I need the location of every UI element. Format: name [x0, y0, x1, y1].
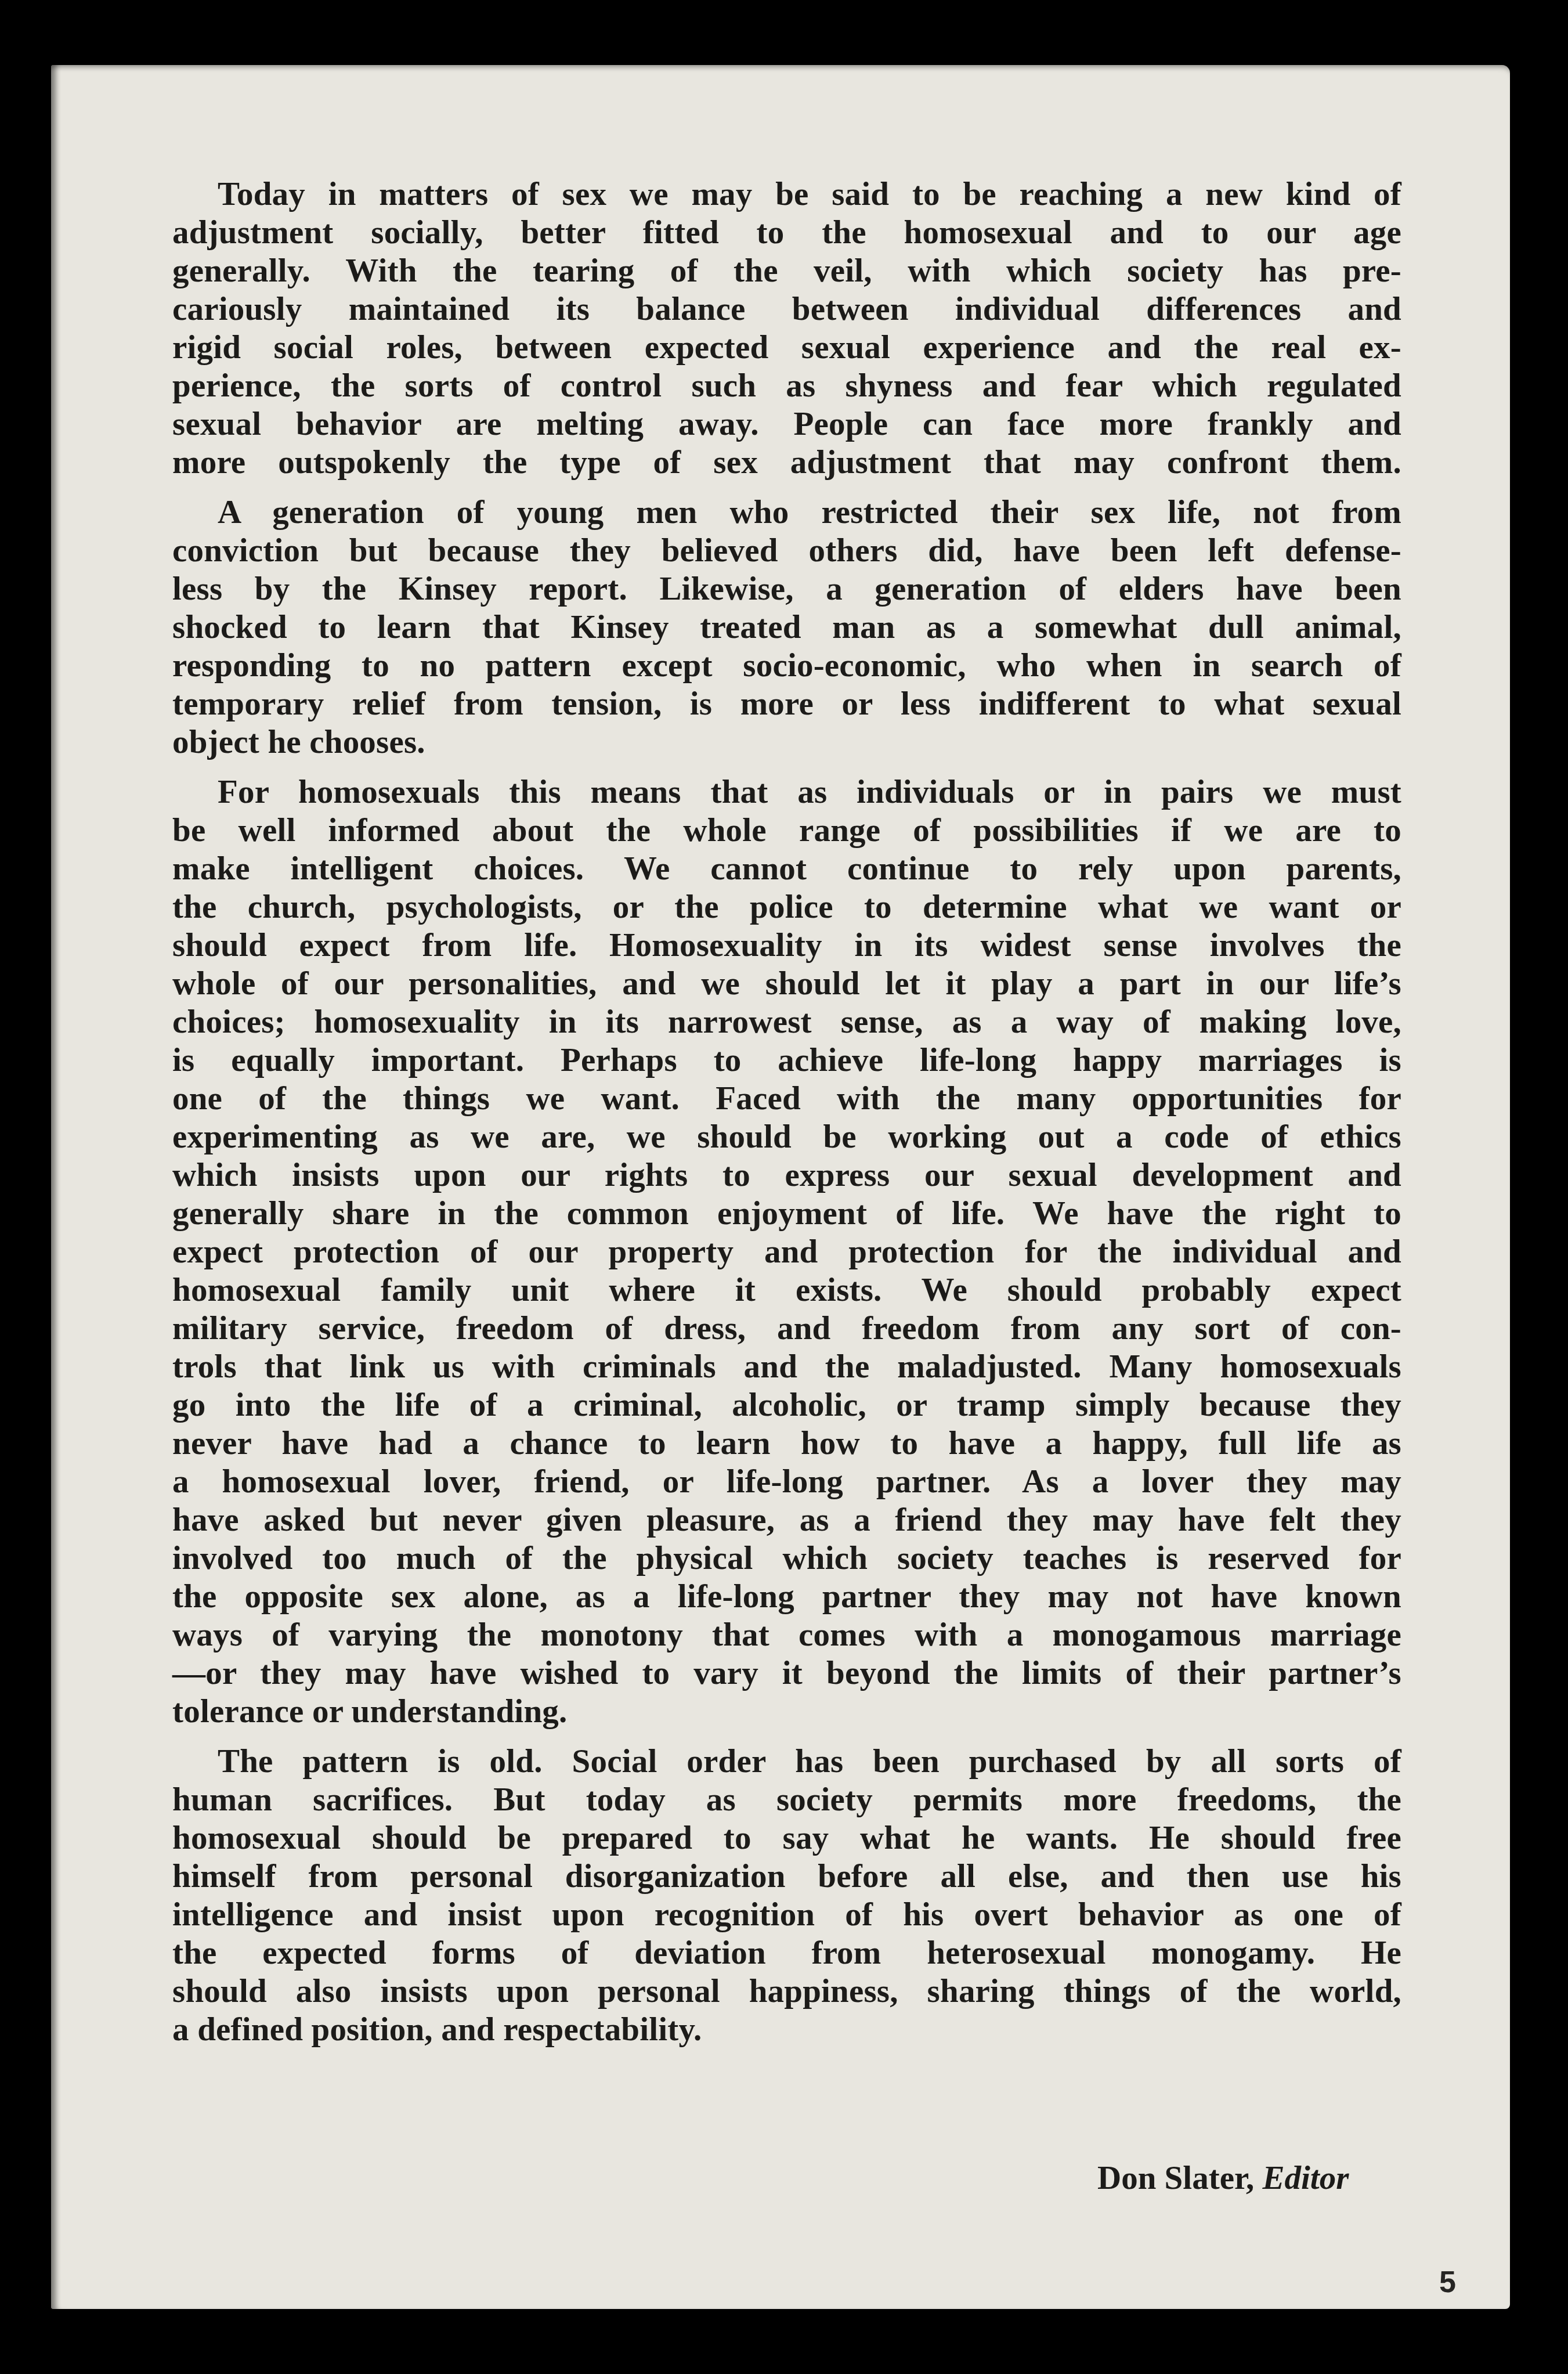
text-line: have asked but never given pleasure, as … [172, 1501, 1401, 1539]
text-line: be well informed about the whole range o… [172, 811, 1401, 850]
text-line: is equally important. Perhaps to achieve… [172, 1041, 1401, 1080]
text-line: more outspokenly the type of sex adjustm… [172, 443, 1401, 482]
paragraph-4: The pattern is old. Social order has bee… [172, 1742, 1401, 2049]
text-line: shocked to learn that Kinsey treated man… [172, 608, 1401, 647]
text-line: himself from personal disorganization be… [172, 1857, 1401, 1896]
text-line: For homosexuals this means that as indiv… [172, 773, 1401, 811]
text-line: responding to no pattern except socio-ec… [172, 647, 1401, 685]
author-title: Editor [1263, 2160, 1349, 2196]
text-line: conviction but because they believed oth… [172, 532, 1401, 570]
text-line: never have had a chance to learn how to … [172, 1424, 1401, 1463]
text-line: choices; homosexuality in its narrowest … [172, 1003, 1401, 1041]
text-line: Today in matters of sex we may be said t… [172, 175, 1401, 214]
text-line: perience, the sorts of control such as s… [172, 367, 1401, 405]
text-line: temporary relief from tension, is more o… [172, 685, 1401, 723]
text-line: make intelligent choices. We cannot cont… [172, 850, 1401, 888]
text-line: a homosexual lover, friend, or life-long… [172, 1463, 1401, 1501]
text-line: expect protection of our property and pr… [172, 1233, 1401, 1271]
text-line: a defined position, and respectability. [172, 2011, 1401, 2049]
text-line: rigid social roles, between expected sex… [172, 329, 1401, 367]
text-line: generally. With the tearing of the veil,… [172, 252, 1401, 290]
text-line: trols that link us with criminals and th… [172, 1348, 1401, 1386]
text-line: The pattern is old. Social order has bee… [172, 1742, 1401, 1781]
text-line: military service, freedom of dress, and … [172, 1309, 1401, 1348]
text-line: object he chooses. [172, 723, 1401, 762]
text-line: human sacrifices. But today as society p… [172, 1781, 1401, 1819]
text-line: ways of varying the monotony that comes … [172, 1616, 1401, 1654]
paragraph-1: Today in matters of sex we may be said t… [172, 175, 1401, 482]
paragraph-3: For homosexuals this means that as indiv… [172, 773, 1401, 1731]
text-line: whole of our personalities, and we shoul… [172, 965, 1401, 1003]
text-line: generally share in the common enjoyment … [172, 1195, 1401, 1233]
text-line: involved too much of the physical which … [172, 1539, 1401, 1578]
text-line: should also insists upon personal happin… [172, 1972, 1401, 2011]
author-name: Don Slater, [1097, 2160, 1254, 2196]
text-line: sexual behavior are melting away. People… [172, 405, 1401, 443]
page-number: 5 [1439, 2265, 1456, 2300]
article-body: Today in matters of sex we may be said t… [172, 175, 1401, 2061]
text-line: the expected forms of deviation from het… [172, 1934, 1401, 1972]
text-line: the opposite sex alone, as a life-long p… [172, 1578, 1401, 1616]
text-line: —or they may have wished to vary it beyo… [172, 1654, 1401, 1693]
text-line: one of the things we want. Faced with th… [172, 1080, 1401, 1118]
magazine-page: Today in matters of sex we may be said t… [51, 65, 1510, 2309]
text-line: tolerance or understanding. [172, 1693, 1401, 1731]
author-signature: Don Slater, Editor [1097, 2159, 1349, 2197]
text-line: intelligence and insist upon recognition… [172, 1896, 1401, 1934]
text-line: A generation of young men who restricted… [172, 493, 1401, 532]
text-line: the church, psychologists, or the police… [172, 888, 1401, 926]
text-line: cariously maintained its balance between… [172, 290, 1401, 329]
text-line: adjustment socially, better fitted to th… [172, 214, 1401, 252]
text-line: which insists upon our rights to express… [172, 1156, 1401, 1195]
text-line: less by the Kinsey report. Likewise, a g… [172, 570, 1401, 608]
paragraph-2: A generation of young men who restricted… [172, 493, 1401, 762]
text-line: homosexual should be prepared to say wha… [172, 1819, 1401, 1857]
text-line: homosexual family unit where it exists. … [172, 1271, 1401, 1309]
text-line: go into the life of a criminal, alcoholi… [172, 1386, 1401, 1424]
text-line: experimenting as we are, we should be wo… [172, 1118, 1401, 1156]
text-line: should expect from life. Homosexuality i… [172, 926, 1401, 965]
